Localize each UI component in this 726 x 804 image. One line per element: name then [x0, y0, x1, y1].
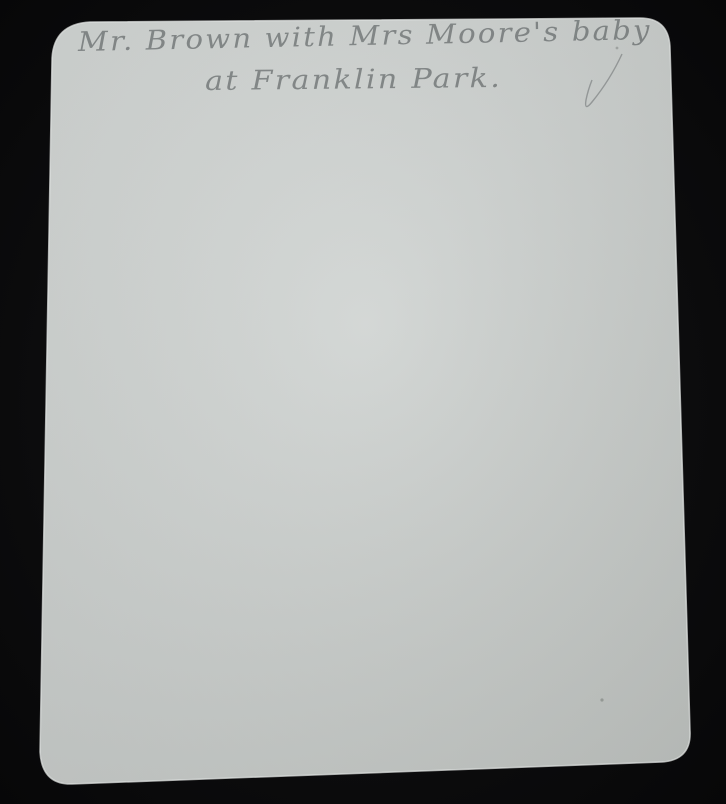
card-shape — [0, 0, 726, 804]
cabinet-card-back — [0, 0, 726, 804]
photo-scene: Mr. Brown with Mrs Moore's baby at Frank… — [0, 0, 726, 804]
